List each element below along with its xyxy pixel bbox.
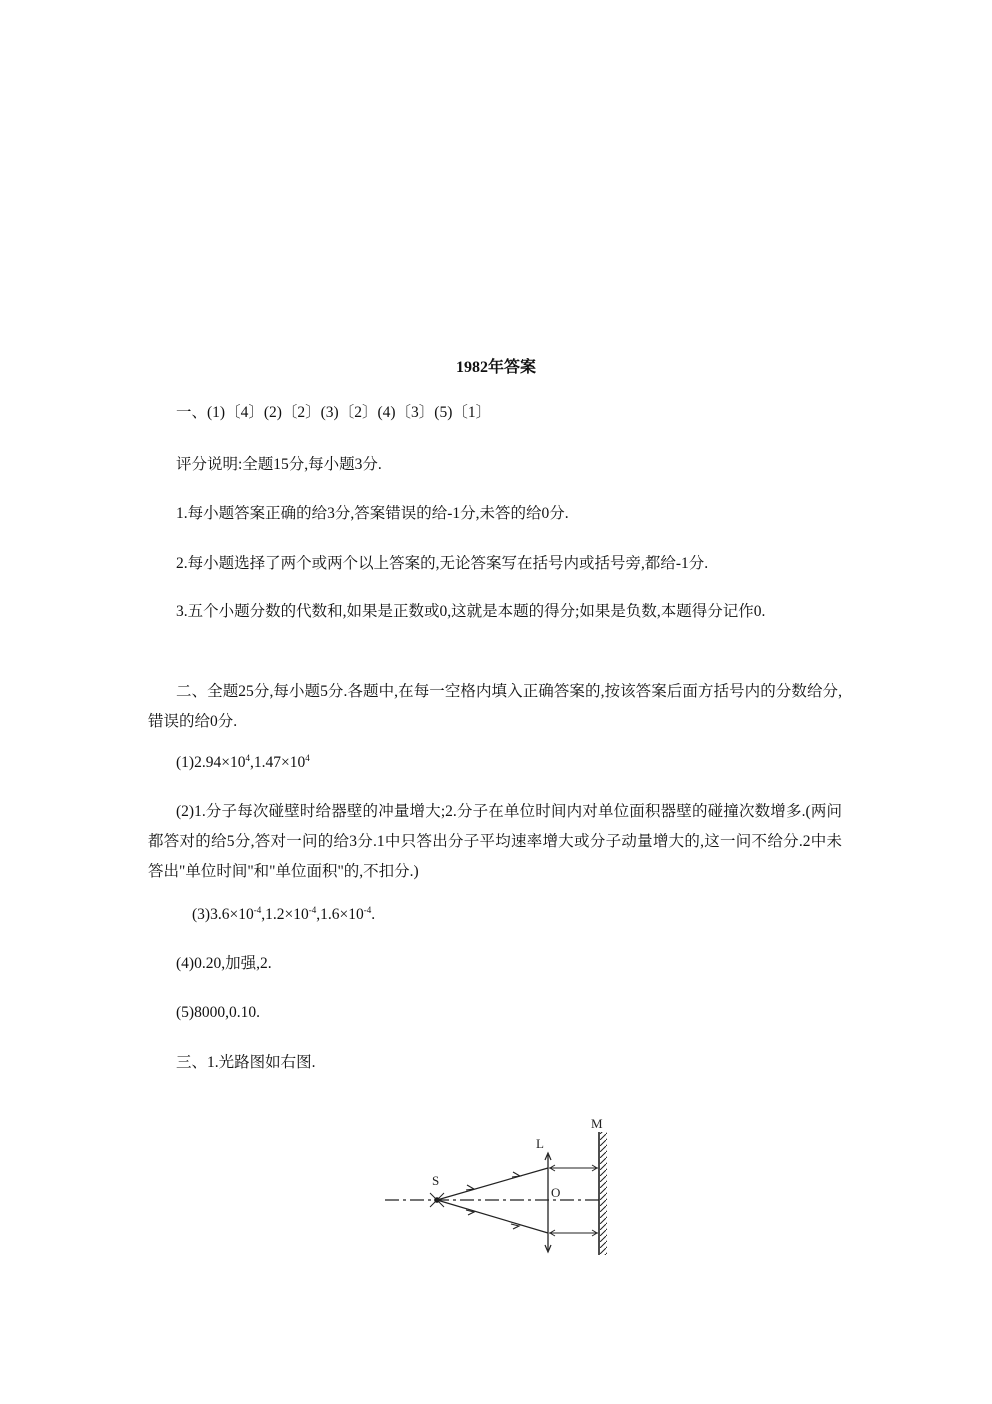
q1-text-a: (1)2.94×10 [176,754,245,771]
page-title: 1982年答案 [0,354,992,377]
q3-text-d: . [371,906,375,923]
q3-text-a: (3)3.6×10 [192,906,254,923]
q3-text-b: ,1.2×10 [261,906,309,923]
section2-q1: (1)2.94×104,1.47×104 [176,752,310,774]
label-mirror: M [591,1116,603,1131]
section2-q5: (5)8000,0.10. [176,1002,260,1024]
section2-q4: (4)0.20,加强,2. [176,953,272,975]
label-center: O [551,1185,560,1200]
section3-item1: 三、1.光路图如右图. [176,1052,316,1074]
q1-text-b: ,1.47×10 [250,754,305,771]
label-lens: L [536,1136,544,1151]
section2-intro: 二、全题25分,每小题5分.各题中,在每一空格内填入正确答案的,按该答案后面方括… [148,677,842,737]
scoring-rule-3: 3.五个小题分数的代数和,如果是正数或0,这就是本题的得分;如果是负数,本题得分… [148,597,842,627]
q3-text-c: ,1.6×10 [316,906,364,923]
section1-answers: 一、(1)〔4〕(2)〔2〕(3)〔2〕(4)〔3〕(5)〔1〕 [176,402,491,424]
section2-q3: (3)3.6×10-4,1.2×10-4,1.6×10-4. [192,904,375,926]
optical-path-diagram: S L O M [370,1105,630,1270]
section2-q2: (2)1.分子每次碰壁时给器壁的冲量增大;2.分子在单位时间内对单位面积器壁的碰… [148,797,842,887]
q1-exp-2: 4 [305,753,310,763]
scoring-rule-2: 2.每小题选择了两个或两个以上答案的,无论答案写在括号内或括号旁,都给-1分. [176,553,708,575]
plane-mirror-icon [599,1132,607,1255]
scoring-note: 评分说明:全题15分,每小题3分. [176,454,382,476]
label-source: S [432,1173,439,1188]
scoring-rule-1: 1.每小题答案正确的给3分,答案错误的给-1分,未答的给0分. [176,503,569,525]
